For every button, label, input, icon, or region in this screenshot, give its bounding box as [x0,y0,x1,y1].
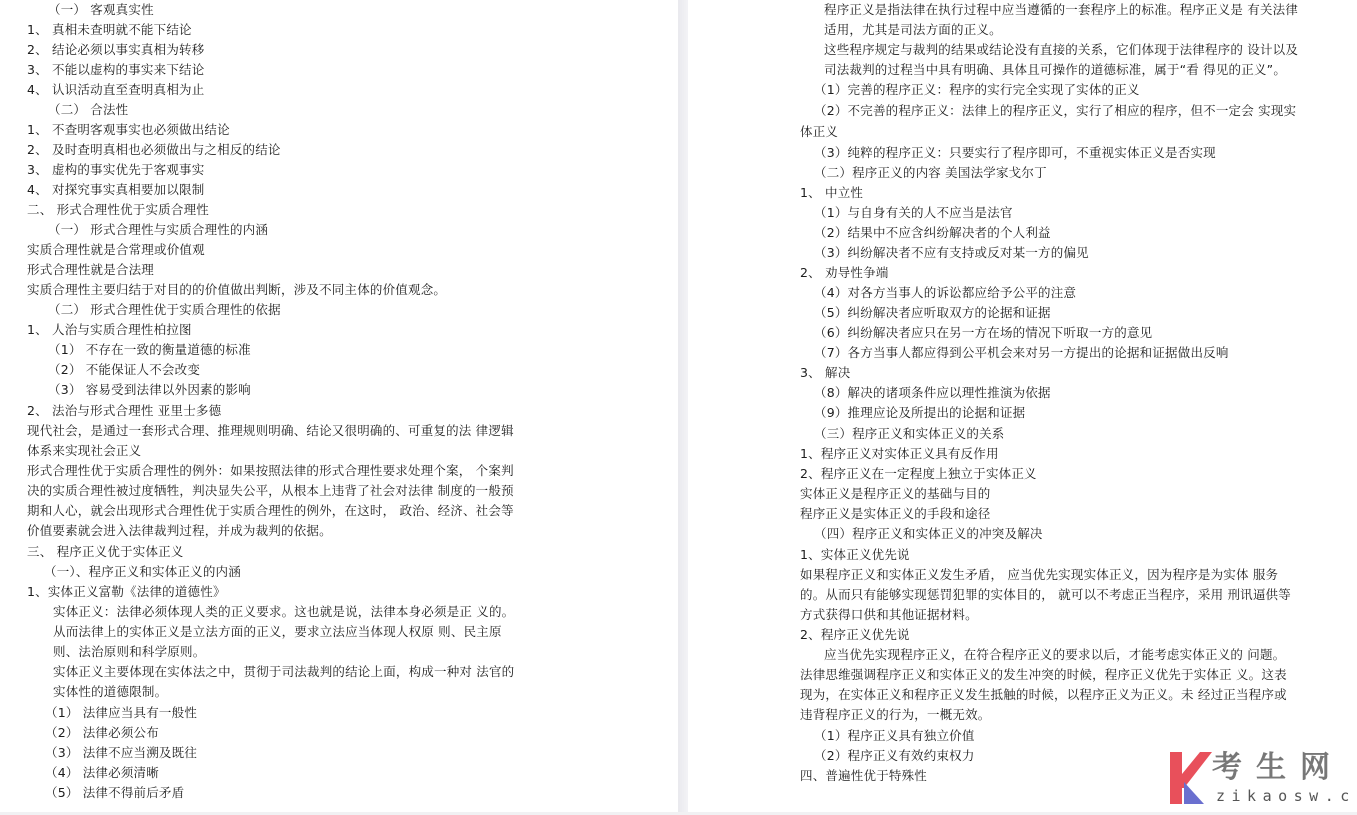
text-line: 2、 及时查明真相也必须做出与之相反的结论 [27,140,281,160]
text-line: 2、 劝导性争端 [800,263,889,283]
text-line: 1、 真相未查明就不能下结论 [27,20,192,40]
text-line: （8）解决的诸项条件应以理性推演为依据 [814,383,1051,403]
text-line: 4、 认识活动直至查明真相为止 [27,80,204,100]
text-line: （二） 合法性 [48,100,128,120]
text-line: 体系来实现社会正义 [27,441,141,461]
text-line: 体正义 [800,122,838,142]
text-line: 决的实质合理性被过度牺牲，判决显失公平，从根本上违背了社会对法律 制度的一般预 [27,481,514,501]
k-logo-icon [1168,752,1212,804]
text-line: 实质合理性就是合常理或价值观 [27,240,205,260]
page-divider [678,0,688,812]
text-line: （2）程序正义有效约束权力 [814,746,975,766]
text-line: 司法裁判的过程当中具有明确、具体且可操作的道德标准，属于“看 得见的正义”。 [824,60,1286,80]
text-line: （3）纯粹的程序正义：只要实行了程序即可，不重视实体正义是否实现 [814,143,1216,163]
text-line: （3）纠纷解决者不应有支持或反对某一方的偏见 [814,243,1089,263]
text-line: （二）程序正义的内容 美国法学家戈尔丁 [814,163,1047,183]
text-line: 现代社会，是通过一套形式合理、推理规则明确、结论又很明确的、可重复的法 律逻辑 [27,421,514,441]
watermark-domain: zikaosw.cn [1216,787,1357,805]
text-line: （一） 客观真实性 [48,0,154,20]
text-line: （5） 法律不得前后矛盾 [45,783,184,803]
text-line: 1、实体正义富勒《法律的道德性》 [27,582,226,602]
text-line: 实体正义：法律必须体现人类的正义要求。这也就是说，法律本身必须是正 义的。 [53,602,514,622]
text-line: （2）结果中不应含纠纷解决者的个人利益 [814,223,1051,243]
text-line: 1、程序正义对实体正义具有反作用 [800,444,999,464]
text-line: 1、 人治与实质合理性柏拉图 [27,320,192,340]
text-line: （四）程序正义和实体正义的冲突及解决 [814,524,1043,544]
text-line: 2、程序正义优先说 [800,625,910,645]
text-line: 应当优先实现程序正义，在符合程序正义的要求以后，才能考虑实体正义的 问题。 [824,645,1285,665]
text-line: 1、 不查明客观事实也必须做出结论 [27,120,230,140]
text-line: 2、 法治与形式合理性 亚里士多德 [27,401,221,421]
text-line: 实体正义是程序正义的基础与目的 [800,484,991,504]
text-line: （三）程序正义和实体正义的关系 [814,424,1005,444]
text-line: （4） 法律必须清晰 [45,763,159,783]
text-line: 二、 形式合理性优于实质合理性 [27,200,209,220]
text-line: 的。从而只有能够实现惩罚犯罪的实体目的， 就可以不考虑正当程序，采用 刑讯逼供等 [800,585,1291,605]
text-line: 1、实体正义优先说 [800,545,910,565]
document-page-left: （一） 客观真实性1、 真相未查明就不能下结论2、 结论必须以事实真相为转移3、… [0,0,678,815]
text-line: （4）对各方当事人的诉讼都应给予公平的注意 [814,283,1076,303]
text-line: （9）推理应论及所提出的论据和证据 [814,403,1025,423]
text-line: 1、 中立性 [800,183,863,203]
text-line: （7）各方当事人都应得到公平机会来对另一方提出的论据和证据做出反响 [814,343,1229,363]
text-line: 适用，尤其是司法方面的正义。 [824,20,1002,40]
text-line: 实体性的道德限制。 [53,682,167,702]
text-line: 2、程序正义在一定程度上独立于实体正义 [800,464,1037,484]
text-line: 期和人心，就会出现形式合理性优于实质合理性的例外，在这时， 政治、经济、社会等 [27,501,514,521]
text-line: （3） 容易受到法律以外因素的影响 [48,380,251,400]
text-line: （5）纠纷解决者应听取双方的论据和证据 [814,303,1051,323]
text-line: （1）与自身有关的人不应当是法官 [814,203,1013,223]
text-line: （1） 法律应当具有一般性 [45,703,197,723]
text-line: （一） 形式合理性与实质合理性的内涵 [48,220,268,240]
text-line: （二） 形式合理性优于实质合理性的依据 [48,300,281,320]
text-line: 价值要素就会进入法律裁判过程，并成为裁判的依据。 [27,521,332,541]
text-line: 形式合理性优于实质合理性的例外：如果按照法律的形式合理性要求处理个案， 个案判 [27,461,514,481]
text-line: （1）完善的程序正义：程序的实行完全实现了实体的正义 [814,80,1140,100]
text-line: 方式获得口供和其他证据材料。 [800,605,978,625]
text-line: 三、 程序正义优于实体正义 [27,542,184,562]
watermark-logo: 考生网 zikaosw.cn [1168,752,1348,808]
text-line: 程序正义是指法律在执行过程中应当遵循的一套程序上的标准。程序正义是 有关法律 [824,0,1298,20]
text-line: 实质合理性主要归结于对目的的价值做出判断，涉及不同主体的价值观念。 [27,280,446,300]
text-line: （2） 法律必须公布 [45,723,159,743]
text-line: 如果程序正义和实体正义发生矛盾， 应当优先实现实体正义，因为程序是为实体 服务 [800,565,1278,585]
text-line: （一）、程序正义和实体正义的内涵 [44,562,241,582]
document-page-right: 程序正义是指法律在执行过程中应当遵循的一套程序上的标准。程序正义是 有关法律适用… [688,0,1357,815]
text-line: 3、 虚构的事实优先于客观事实 [27,160,204,180]
text-line: 法律思维强调程序正义和实体正义的发生冲突的时候，程序正义优先于实体正 义。这表 [800,665,1287,685]
text-line: 四、普遍性优于特殊性 [800,766,927,786]
text-line: 这些程序规定与裁判的结果或结论没有直接的关系，它们体现于法律程序的 设计以及 [824,40,1298,60]
text-line: （1） 不存在一致的衡量道德的标准 [48,340,251,360]
text-line: 违背程序正义的行为，一概无效。 [800,705,991,725]
text-line: （2） 不能保证人不会改变 [48,360,200,380]
text-line: （2）不完善的程序正义：法律上的程序正义，实行了相应的程序，但不一定会 实现实 [814,101,1296,121]
watermark-name: 考生网 [1212,750,1344,786]
text-line: 实体正义主要体现在实体法之中，贯彻于司法裁判的结论上面，构成一种对 法官的 [53,662,514,682]
text-line: 则、法治原则和科学原则。 [53,642,205,662]
text-line: （3） 法律不应当溯及既往 [45,743,197,763]
text-line: 从而法律上的实体正义是立法方面的正义，要求立法应当体现人权原 则、民主原 [53,622,502,642]
text-line: 现为，在实体正义和程序正义发生抵触的时候，以程序正义为正义。未 经过正当程序或 [800,685,1287,705]
text-line: 3、 不能以虚构的事实来下结论 [27,60,204,80]
text-line: 形式合理性就是合法理 [27,260,154,280]
text-line: （1）程序正义具有独立价值 [814,726,975,746]
text-line: 程序正义是实体正义的手段和途径 [800,504,991,524]
text-line: 2、 结论必须以事实真相为转移 [27,40,204,60]
text-line: （6）纠纷解决者应只在另一方在场的情况下听取一方的意见 [814,323,1152,343]
text-line: 4、 对探究事实真相要加以限制 [27,180,204,200]
text-line: 3、 解决 [800,363,850,383]
